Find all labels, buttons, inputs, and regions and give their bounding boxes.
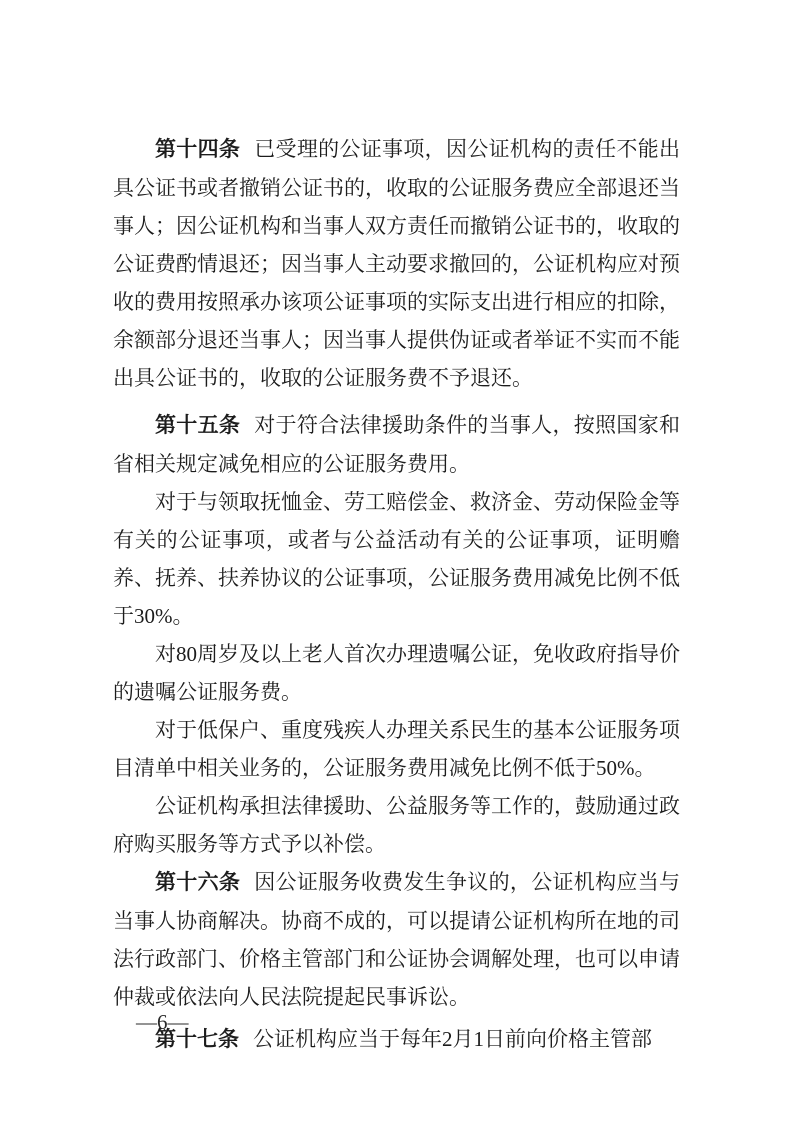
article-text: 公证机构承担法律援助、公益服务等工作的，鼓励通过政府购买服务等方式予以补偿。 (113, 794, 680, 856)
body-paragraph: 对于与领取抚恤金、劳工赔偿金、救济金、劳动保险金等有关的公证事项，或者与公益活动… (113, 483, 680, 635)
article-text: 对80周岁及以上老人首次办理遗嘱公证，免收政府指导价的遗嘱公证服务费。 (113, 642, 680, 704)
article-number-label: 第十四条 (155, 138, 240, 161)
body-paragraph: 对80周岁及以上老人首次办理遗嘱公证，免收政府指导价的遗嘱公证服务费。 (113, 635, 680, 711)
article-text: 已受理的公证事项，因公证机构的责任不能出具公证书或者撤销公证书的，收取的公证服务… (113, 137, 680, 390)
article-number-label: 第十六条 (155, 871, 240, 894)
article-paragraph-17: 第十七条公证机构应当于每年2月1日前向价格主管部 (113, 1020, 680, 1059)
article-paragraph-15: 第十五条对于符合法律援助条件的当事人，按照国家和省相关规定减免相应的公证服务费用… (113, 406, 680, 483)
body-paragraph: 对于低保户、重度残疾人办理关系民生的基本公证服务项目清单中相关业务的，公证服务费… (113, 711, 680, 787)
article-text: 对于低保户、重度残疾人办理关系民生的基本公证服务项目清单中相关业务的，公证服务费… (113, 718, 680, 780)
body-paragraph: 公证机构承担法律援助、公益服务等工作的，鼓励通过政府购买服务等方式予以补偿。 (113, 787, 680, 863)
article-text: 对于与领取抚恤金、劳工赔偿金、救济金、劳动保险金等有关的公证事项，或者与公益活动… (113, 490, 680, 628)
article-paragraph-14: 第十四条已受理的公证事项，因公证机构的责任不能出具公证书或者撤销公证书的，收取的… (113, 130, 680, 397)
article-number-label: 第十五条 (155, 414, 240, 437)
document-page: 第十四条已受理的公证事项，因公证机构的责任不能出具公证书或者撤销公证书的，收取的… (0, 0, 793, 1122)
page-number: —6— (136, 1010, 189, 1034)
article-text: 公证机构应当于每年2月1日前向价格主管部 (253, 1027, 652, 1051)
document-body: 第十四条已受理的公证事项，因公证机构的责任不能出具公证书或者撤销公证书的，收取的… (113, 130, 680, 1059)
article-paragraph-16: 第十六条因公证服务收费发生争议的，公证机构应当与当事人协商解决。协商不成的，可以… (113, 863, 680, 1016)
